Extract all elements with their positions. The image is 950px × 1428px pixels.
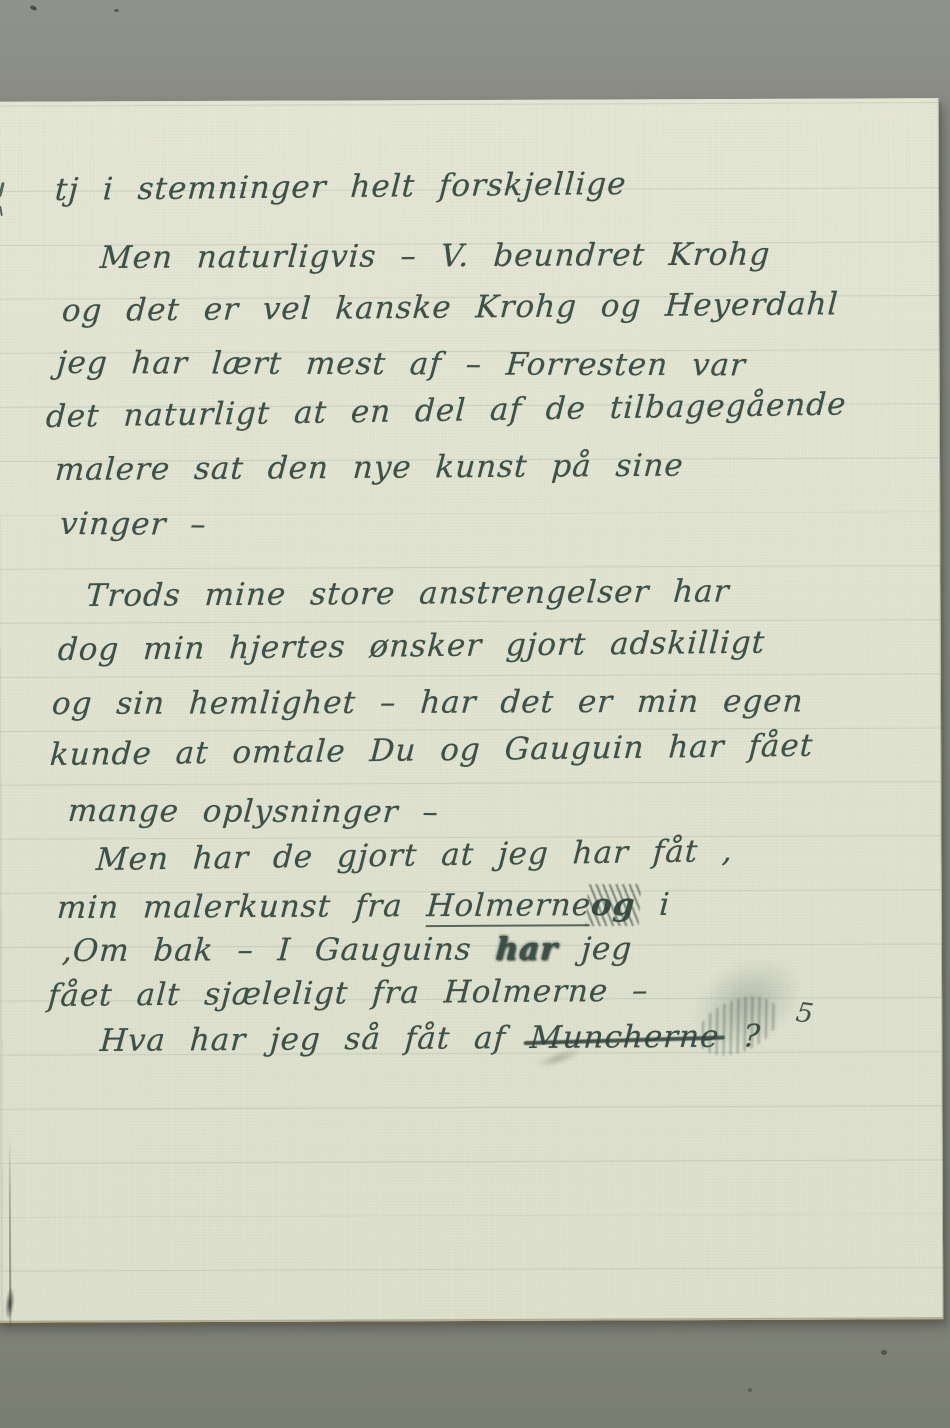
handwriting-segment: jeg [556, 931, 633, 967]
handwriting-segment: Hva har jeg så fåt af [99, 1020, 531, 1059]
pen-flourish-mark: 5 [794, 997, 815, 1030]
manuscript-scan: tj i stemninger helt forskjellige Men na… [0, 0, 950, 1428]
handwriting-line: det naturligt at en del af de tilbagegåe… [45, 386, 847, 435]
handwriting-line: Trods mine store anstrengelser har [85, 573, 731, 614]
handwriting-line: tj i stemninger helt forskjellige [54, 166, 628, 208]
handwriting-line: Hva har jeg så fåt af Muncherne ? [99, 1018, 762, 1059]
handwriting-line: kunde at omtale Du og Gauguin har fået [49, 728, 814, 773]
handwriting-line: min malerkunst fra Holmerne og i [56, 887, 672, 926]
handwriting-layer: tj i stemninger helt forskjellige Men na… [0, 0, 950, 1428]
handwriting-line: vinger – [59, 506, 208, 543]
handwriting-line: jeg har lært mest af – Forresten var [56, 345, 748, 383]
handwriting-segment: min malerkunst fra [56, 888, 428, 926]
crossed-out-word: og [590, 887, 637, 923]
handwriting-line: og sin hemlighet – har det er min egen [51, 683, 805, 722]
handwriting-line: og det er vel kanske Krohg og Heyerdahl [61, 286, 840, 329]
handwriting-line: Men har de gjort at jeg har fåt , [95, 833, 734, 878]
handwriting-line: dog min hjertes ønsker gjort adskilligt [57, 625, 766, 668]
ink-blotted-word: har [494, 931, 558, 967]
handwriting-line: malere sat den nye kunst på sine [54, 448, 685, 488]
handwriting-line: Men naturligvis – V. beundret Krohg [99, 236, 772, 276]
handwriting-segment: ‚Om bak – I Gauguins [61, 931, 497, 969]
handwriting-line: fået alt sjæleligt fra Holmerne – [47, 973, 650, 1014]
handwriting-line: mange oplysninger – [67, 793, 441, 830]
underlined-word: Holmerne [425, 887, 592, 927]
crossed-out-word: Muncherne [529, 1019, 721, 1056]
handwriting-line: ‚Om bak – I Gauguins har jeg [61, 931, 634, 969]
handwriting-segment: ? [718, 1018, 762, 1054]
